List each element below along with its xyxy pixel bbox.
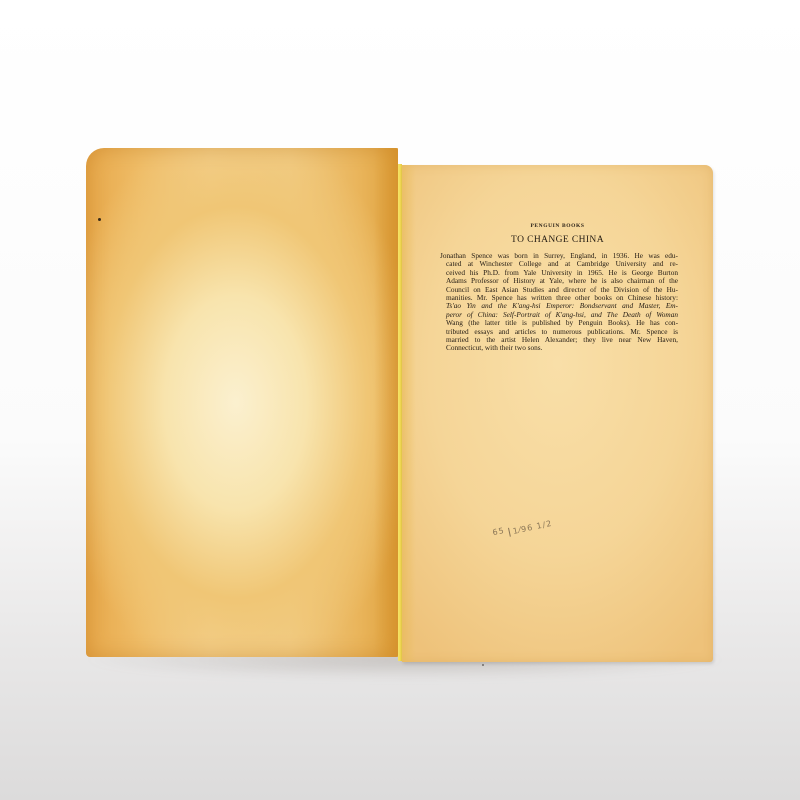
photo-scene: PENGUIN BOOKS TO CHANGE CHINA Jonathan S… xyxy=(0,0,800,800)
page-speck xyxy=(98,218,101,221)
left-page-blank xyxy=(86,148,398,657)
bio-line: Connecticut, with their two sons. xyxy=(440,344,678,352)
publisher-label: PENGUIN BOOKS xyxy=(402,223,713,229)
pencil-note-sub: 1⁄96 1/2 xyxy=(508,519,553,537)
author-bio: Jonathan Spence was born in Surrey, Engl… xyxy=(440,252,678,353)
right-page-half-title: PENGUIN BOOKS TO CHANGE CHINA Jonathan S… xyxy=(402,165,713,662)
pencil-price-note: 651⁄96 1/2 xyxy=(492,516,553,537)
book-title: TO CHANGE CHINA xyxy=(402,235,713,245)
pencil-note-main: 65 xyxy=(492,526,506,537)
table-speck xyxy=(482,664,484,666)
